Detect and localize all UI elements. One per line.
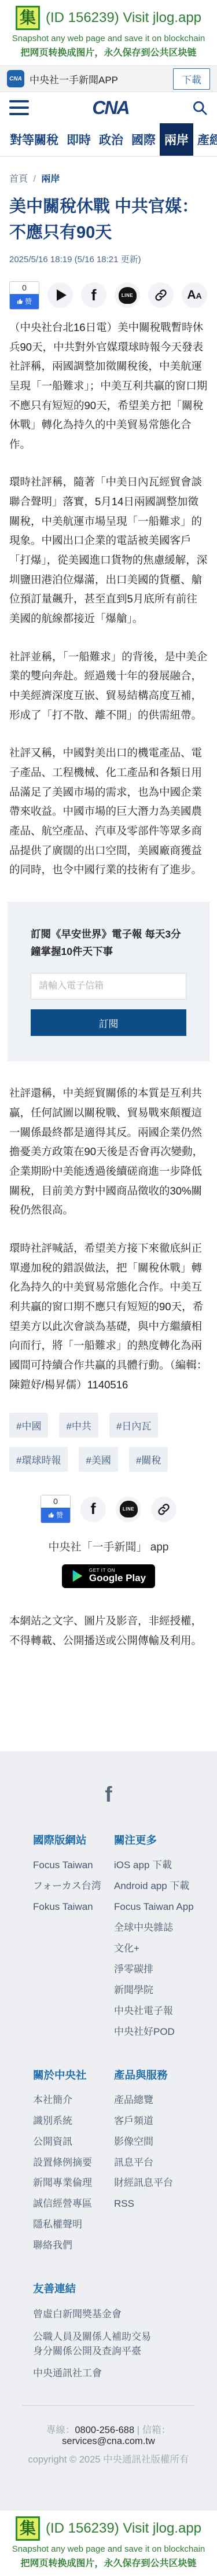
article-paragraph: （中央社台北16日電）美中關稅戰暫時休兵90天，中共對外官媒環球時報今天發表社評…	[9, 318, 208, 454]
copyright-disclaimer: 本網站之文字、圖片及影音，非經授權，不得轉載、公開播送或公開傳輸及利用。	[9, 1611, 208, 1650]
jlog-badge-icon: 集	[16, 6, 40, 30]
line-icon: LINE	[119, 287, 137, 304]
breadcrumb-separator: /	[33, 174, 35, 184]
page-title: 美中關稅休戰 中共官媒：不應只有90天	[9, 194, 208, 246]
breadcrumb: 首頁 / 兩岸	[9, 171, 208, 185]
footer-link[interactable]: 訊息平台	[114, 2156, 217, 2170]
like-button[interactable]: 0 赞	[41, 1495, 71, 1523]
footer-link[interactable]: 設置條例摘要	[33, 2156, 114, 2170]
footer-section-international: 國際版網站 Focus Taiwan フォーカス台湾 Fokus Taiwan	[33, 1811, 114, 1921]
contact-separator: |	[134, 2425, 142, 2435]
footer-section-follow-more: 關注更多 iOS app 下載 Android app 下載 Focus Tai…	[114, 1811, 217, 2046]
font-size-button[interactable]: AA	[182, 282, 207, 308]
jlog-badge-icon: 集	[16, 2516, 40, 2541]
jlog-subtitle-zh: 把网页转换成图片，永久保存到公共区块链	[0, 2556, 217, 2569]
google-play-badge[interactable]: GET IT ON Google Play	[62, 1564, 155, 1588]
share-toolbar-bottom: 0 赞 f LINE	[9, 1495, 208, 1523]
tab-breaking[interactable]: 即時	[62, 123, 95, 156]
footer-section-title: 產品與服務	[114, 2067, 217, 2082]
play-icon	[57, 289, 67, 301]
footer-link[interactable]: 本社簡介	[33, 2094, 114, 2107]
footer-section-title: 關於中央社	[33, 2067, 114, 2082]
footer-link[interactable]: 公職人員及關係人補助交易身分關係公開及查詢平臺	[33, 2330, 157, 2358]
footer-section-title: 友善連結	[33, 2281, 168, 2296]
footer-link[interactable]: 中央通訊社工會	[33, 2366, 157, 2381]
tag-global-times[interactable]: #環球時報	[9, 1447, 68, 1472]
link-icon	[155, 289, 167, 302]
newsletter-box: 訂閱《早安世界》電子報 每天3分鐘掌握10件天下事 訂閱	[8, 902, 209, 1062]
footer-link[interactable]: 中央社好POD	[114, 2026, 217, 2039]
footer-link[interactable]: 新聞專業倫理	[33, 2177, 114, 2190]
jlog-banner-link[interactable]: (ID 156239) Visit jlog.app	[46, 10, 201, 26]
tab-politics[interactable]: 政治	[95, 123, 127, 156]
footer-link[interactable]: 隱私權聲明	[33, 2218, 114, 2232]
phone-number: 0800-256-688	[75, 2425, 134, 2435]
footer-link[interactable]: 文化+	[114, 1942, 217, 1956]
footer-link[interactable]: 誠信經營專區	[33, 2197, 114, 2211]
footer-section-title: 關注更多	[114, 1832, 217, 1847]
footer-link[interactable]: フォーカス台湾	[33, 1880, 114, 1893]
category-nav: 對等關稅 即時 政治 國際 兩岸 產經	[0, 123, 217, 157]
footer-link[interactable]: 財經訊息平台	[114, 2177, 217, 2190]
article-paragraph: 環時社評喊話，希望美方接下來徹底糾正單邊加稅的錯誤做法，把「關稅休戰」轉化為持久…	[9, 1239, 208, 1394]
footer-link[interactable]: 公開資訊	[33, 2136, 114, 2149]
line-share-button[interactable]: LINE	[115, 282, 140, 308]
link-icon	[157, 1503, 170, 1516]
jlog-banner: 集 (ID 156239) Visit jlog.app Snapshot an…	[0, 0, 217, 65]
footer-link[interactable]: 識別系統	[33, 2115, 114, 2128]
like-button[interactable]: 0 赞	[9, 281, 39, 310]
tag-usa[interactable]: #美國	[79, 1447, 117, 1472]
facebook-share-button[interactable]: f	[80, 1497, 106, 1522]
tag-list: #中國 #中共 #日內瓦 #環球時報 #美國 #關稅	[9, 1413, 208, 1472]
google-play-icon	[71, 1569, 84, 1583]
footer-link[interactable]: 淨零碳排	[114, 1963, 217, 1976]
menu-icon[interactable]	[9, 100, 29, 115]
spacer	[0, 1650, 217, 1751]
copy-link-button[interactable]	[148, 282, 174, 308]
footer-link[interactable]: 產品總覽	[114, 2094, 217, 2107]
footer-link[interactable]: 聯絡我們	[33, 2239, 114, 2252]
jlog-banner-link[interactable]: (ID 156239) Visit jlog.app	[46, 2520, 201, 2537]
share-toolbar-top: 0 赞 f LINE AA	[9, 281, 208, 310]
footer-link[interactable]: 曾虛白新聞獎基金會	[33, 2307, 157, 2322]
line-icon: LINE	[120, 1501, 138, 1517]
footer-contact: 專線：0800-256-688 | 信箱：services@cna.com.tw	[0, 2422, 217, 2447]
footer-link[interactable]: 影像空間	[114, 2136, 217, 2149]
tab-international[interactable]: 國際	[127, 123, 160, 156]
font-size-icon: AA	[187, 288, 201, 302]
article-paragraph: 環時社評稱，隨著「中美日內瓦經貿會談聯合聲明」落實，5月14日兩國調整加徵關稅，…	[9, 472, 208, 628]
article-paragraph: 社評並稱，「一船難求」的背後，是中美企業的雙向奔赴。經過幾十年的發展融合，中美經…	[9, 647, 208, 725]
footer-link[interactable]: Fokus Taiwan	[33, 1901, 114, 1914]
thumbs-up-icon	[48, 1512, 54, 1518]
breadcrumb-home[interactable]: 首頁	[9, 174, 28, 184]
play-audio-button[interactable]	[47, 282, 73, 308]
footer-link[interactable]: Focus Taiwan	[33, 1859, 114, 1872]
footer-link[interactable]: 新聞學院	[114, 1984, 217, 1997]
footer-link[interactable]: Android app 下載	[114, 1880, 217, 1893]
app-download-bar: CNA 中央社一手新聞APP 下載	[0, 65, 217, 92]
footer: f 國際版網站 Focus Taiwan フォーカス台湾 Fokus Taiwa…	[0, 1751, 217, 2511]
search-icon[interactable]	[192, 100, 208, 116]
jlog-subtitle-zh: 把网页转换成图片，永久保存到公共区块链	[0, 45, 217, 58]
like-label: 赞	[25, 296, 32, 306]
like-count: 0	[41, 1495, 70, 1508]
facebook-share-button[interactable]: f	[81, 282, 106, 308]
article-paragraph: 社評又稱，中國對美出口的機電產品、電子產品、工程機械、化工產品和各類日用品滿足了…	[9, 743, 208, 880]
thumbs-up-icon	[17, 298, 23, 304]
jlog-subtitle-en: Snapshot any web page and save it on blo…	[0, 34, 217, 43]
footer-section-title: 國際版網站	[33, 1832, 114, 1847]
site-header: CNA	[0, 92, 217, 123]
jlog-subtitle-en: Snapshot any web page and save it on blo…	[0, 2544, 217, 2554]
footer-facebook-icon[interactable]: f	[0, 1783, 217, 1807]
like-label: 赞	[56, 1510, 63, 1520]
copy-link-button[interactable]	[151, 1497, 176, 1522]
footer-link[interactable]: 客戶頻道	[114, 2115, 217, 2128]
footer-link[interactable]: Focus Taiwan App	[114, 1901, 217, 1914]
footer-link[interactable]: RSS	[114, 2197, 217, 2211]
facebook-icon: f	[91, 1501, 96, 1517]
newsletter-title: 訂閱《早安世界》電子報 每天3分鐘掌握10件天下事	[31, 926, 186, 961]
footer-link[interactable]: 全球中央雜誌	[114, 1921, 217, 1935]
email-label: 信箱：	[142, 2425, 171, 2435]
footer-link[interactable]: 中央社電子報	[114, 2005, 217, 2018]
footer-section-about: 關於中央社 本社簡介 識別系統 公開資訊 設置條例摘要 新聞專業倫理 誠信經營專…	[33, 2046, 114, 2261]
app-promo-title: 中央社「一手新聞」 app	[0, 1538, 217, 1554]
breadcrumb-current[interactable]: 兩岸	[41, 174, 60, 184]
google-play-bottom-text: Google Play	[89, 1573, 146, 1584]
app-bar-label: 中央社一手新聞APP	[30, 72, 173, 86]
cna-logo[interactable]: CNA	[92, 97, 128, 119]
tag-tariff[interactable]: #關稅	[129, 1447, 168, 1472]
tag-ccp[interactable]: #中共	[59, 1413, 98, 1438]
footer-section-products: 產品與服務 產品總覽 客戶頻道 影像空間 訊息平台 財經訊息平台 RSS	[114, 2046, 217, 2219]
newsletter-email-input[interactable]	[31, 973, 186, 999]
tab-business[interactable]: 產經	[193, 123, 217, 156]
like-count: 0	[10, 282, 39, 294]
cna-app-icon: CNA	[7, 70, 24, 87]
app-promo: 中央社「一手新聞」 app GET IT ON Google Play	[0, 1538, 217, 1588]
article-datetime: 2025/5/16 18:19 (5/16 18:21 更新)	[9, 253, 208, 265]
tag-geneva[interactable]: #日內瓦	[109, 1413, 158, 1438]
jlog-banner: 集 (ID 156239) Visit jlog.app Snapshot an…	[0, 2511, 217, 2576]
tab-tariff[interactable]: 對等關稅	[6, 123, 62, 156]
tag-china[interactable]: #中國	[9, 1413, 48, 1438]
footer-divider	[22, 2405, 195, 2406]
newsletter-subscribe-button[interactable]: 訂閱	[31, 1009, 186, 1036]
phone-label: 專線：	[46, 2425, 75, 2435]
download-app-button[interactable]: 下載	[173, 68, 210, 90]
tab-cross-strait[interactable]: 兩岸	[160, 123, 193, 156]
footer-section-friendly-links: 友善連結 曾虛白新聞獎基金會 公職人員及關係人補助交易身分關係公開及查詢平臺 中…	[0, 2281, 168, 2381]
footer-link[interactable]: iOS app 下載	[114, 1859, 217, 1872]
email-address[interactable]: services@cna.com.tw	[62, 2436, 155, 2446]
article-paragraph: 社評還稱，中美經貿關係的本質是互利共贏，任何試圖以關稅戰、貿易戰來顛覆這一關係最…	[9, 1083, 208, 1220]
line-share-button[interactable]: LINE	[116, 1497, 141, 1522]
footer-copyright: copyright © 2025 中央通訊社版權所有	[0, 2452, 217, 2465]
facebook-icon: f	[91, 288, 97, 303]
